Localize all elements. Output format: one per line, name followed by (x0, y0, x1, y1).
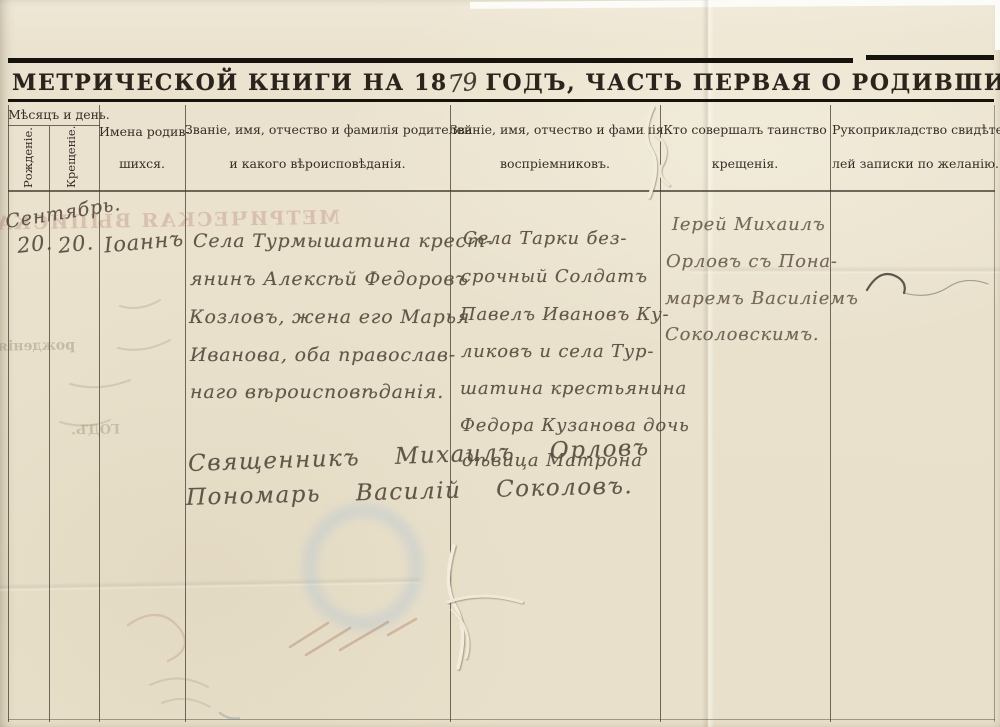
title-handwritten-year: 79 (447, 68, 478, 99)
entry-godparents-line: срочный Солдатъ (461, 266, 648, 287)
entry-godparents-line: шатина крестьянина (460, 378, 687, 399)
entry-parents-line: наго вѣроисповѣданія. (190, 381, 444, 403)
entry-godparents-line: Села Тарки без- (463, 228, 627, 249)
entry-officiant-line: маремъ Василіемъ (665, 288, 859, 309)
witness-column-flourish (855, 260, 995, 305)
scan-edge-top (470, 0, 1000, 9)
entry-godparents-line: Федора Кузанова дочь (460, 415, 690, 436)
header-witnesses-line2: лей записки по желанію. (832, 156, 994, 171)
entry-officiant-line: Іерей Михаилъ (672, 214, 826, 235)
header-parents-line2: и какого вѣроисповѣданія. (185, 156, 450, 171)
header-birth: Рожденіе. (21, 128, 35, 188)
bleedthrough-mirrored-script (10, 280, 190, 440)
binding-thread-top (625, 105, 705, 205)
entry-parents-line: Козловъ, жена его Марья (189, 306, 470, 328)
title-bottom-rule (8, 99, 994, 102)
metrical-book-page: МЕТРИЧЕСКОЙ КНИГИ НА 1879 ГОДЪ, ЧАСТЬ ПЕ… (0, 0, 1000, 727)
entry-godparents-line: ликовъ и села Тур- (461, 341, 654, 362)
entry-godparents-line: Павелъ Ивановъ Ку- (460, 304, 669, 325)
scan-edge-right (995, 0, 1000, 50)
bleedthrough-red-marks (270, 595, 440, 665)
title-printed-prefix: МЕТРИЧЕСКОЙ КНИГИ НА 18 (12, 70, 448, 96)
entry-officiant-line: Соколовскимъ. (665, 324, 819, 345)
header-parents-line1: Званіе, имя, отчество и фамилія родителе… (185, 122, 450, 137)
header-bottom-line (8, 190, 995, 192)
entry-parents-line: Села Турмышатина крест- (193, 230, 493, 252)
entry-baptism-day: 20. (57, 230, 95, 258)
signature-sexton: Пономарь Василій Соколовъ. (186, 473, 634, 511)
table-border-right (994, 105, 995, 722)
title-top-rule-right (866, 55, 994, 60)
binding-thread-bottom (430, 540, 550, 675)
table-border-left (8, 105, 9, 722)
header-names-line2: шихся. (99, 156, 185, 171)
header-witnesses-line1: Рукоприкладство свидѣте- (832, 122, 994, 137)
header-names-line1: Имена родив- (99, 124, 185, 139)
entry-birth-day: 20. (16, 230, 54, 258)
title-printed-suffix: ГОДЪ, ЧАСТЬ ПЕРВАЯ О РОДИВШИХСЯ. (476, 70, 1000, 96)
monthday-subheader-line (8, 125, 100, 126)
page-title: МЕТРИЧЕСКОЙ КНИГИ НА 1879 ГОДЪ, ЧАСТЬ ПЕ… (12, 68, 1000, 96)
bleedthrough-swirl-marks (110, 595, 240, 725)
header-baptism: Крещеніе. (64, 128, 78, 188)
title-top-rule-left (8, 58, 853, 63)
entry-parents-line: Иванова, оба православ- (190, 344, 456, 366)
entry-parents-line: янинъ Алексѣй Федоровъ (190, 268, 469, 290)
column-line-officiant-witnesses (830, 105, 831, 722)
header-month-day: Мѣсяцъ и день. (8, 107, 100, 122)
entry-officiant-line: Орловъ съ Пона- (666, 251, 838, 272)
